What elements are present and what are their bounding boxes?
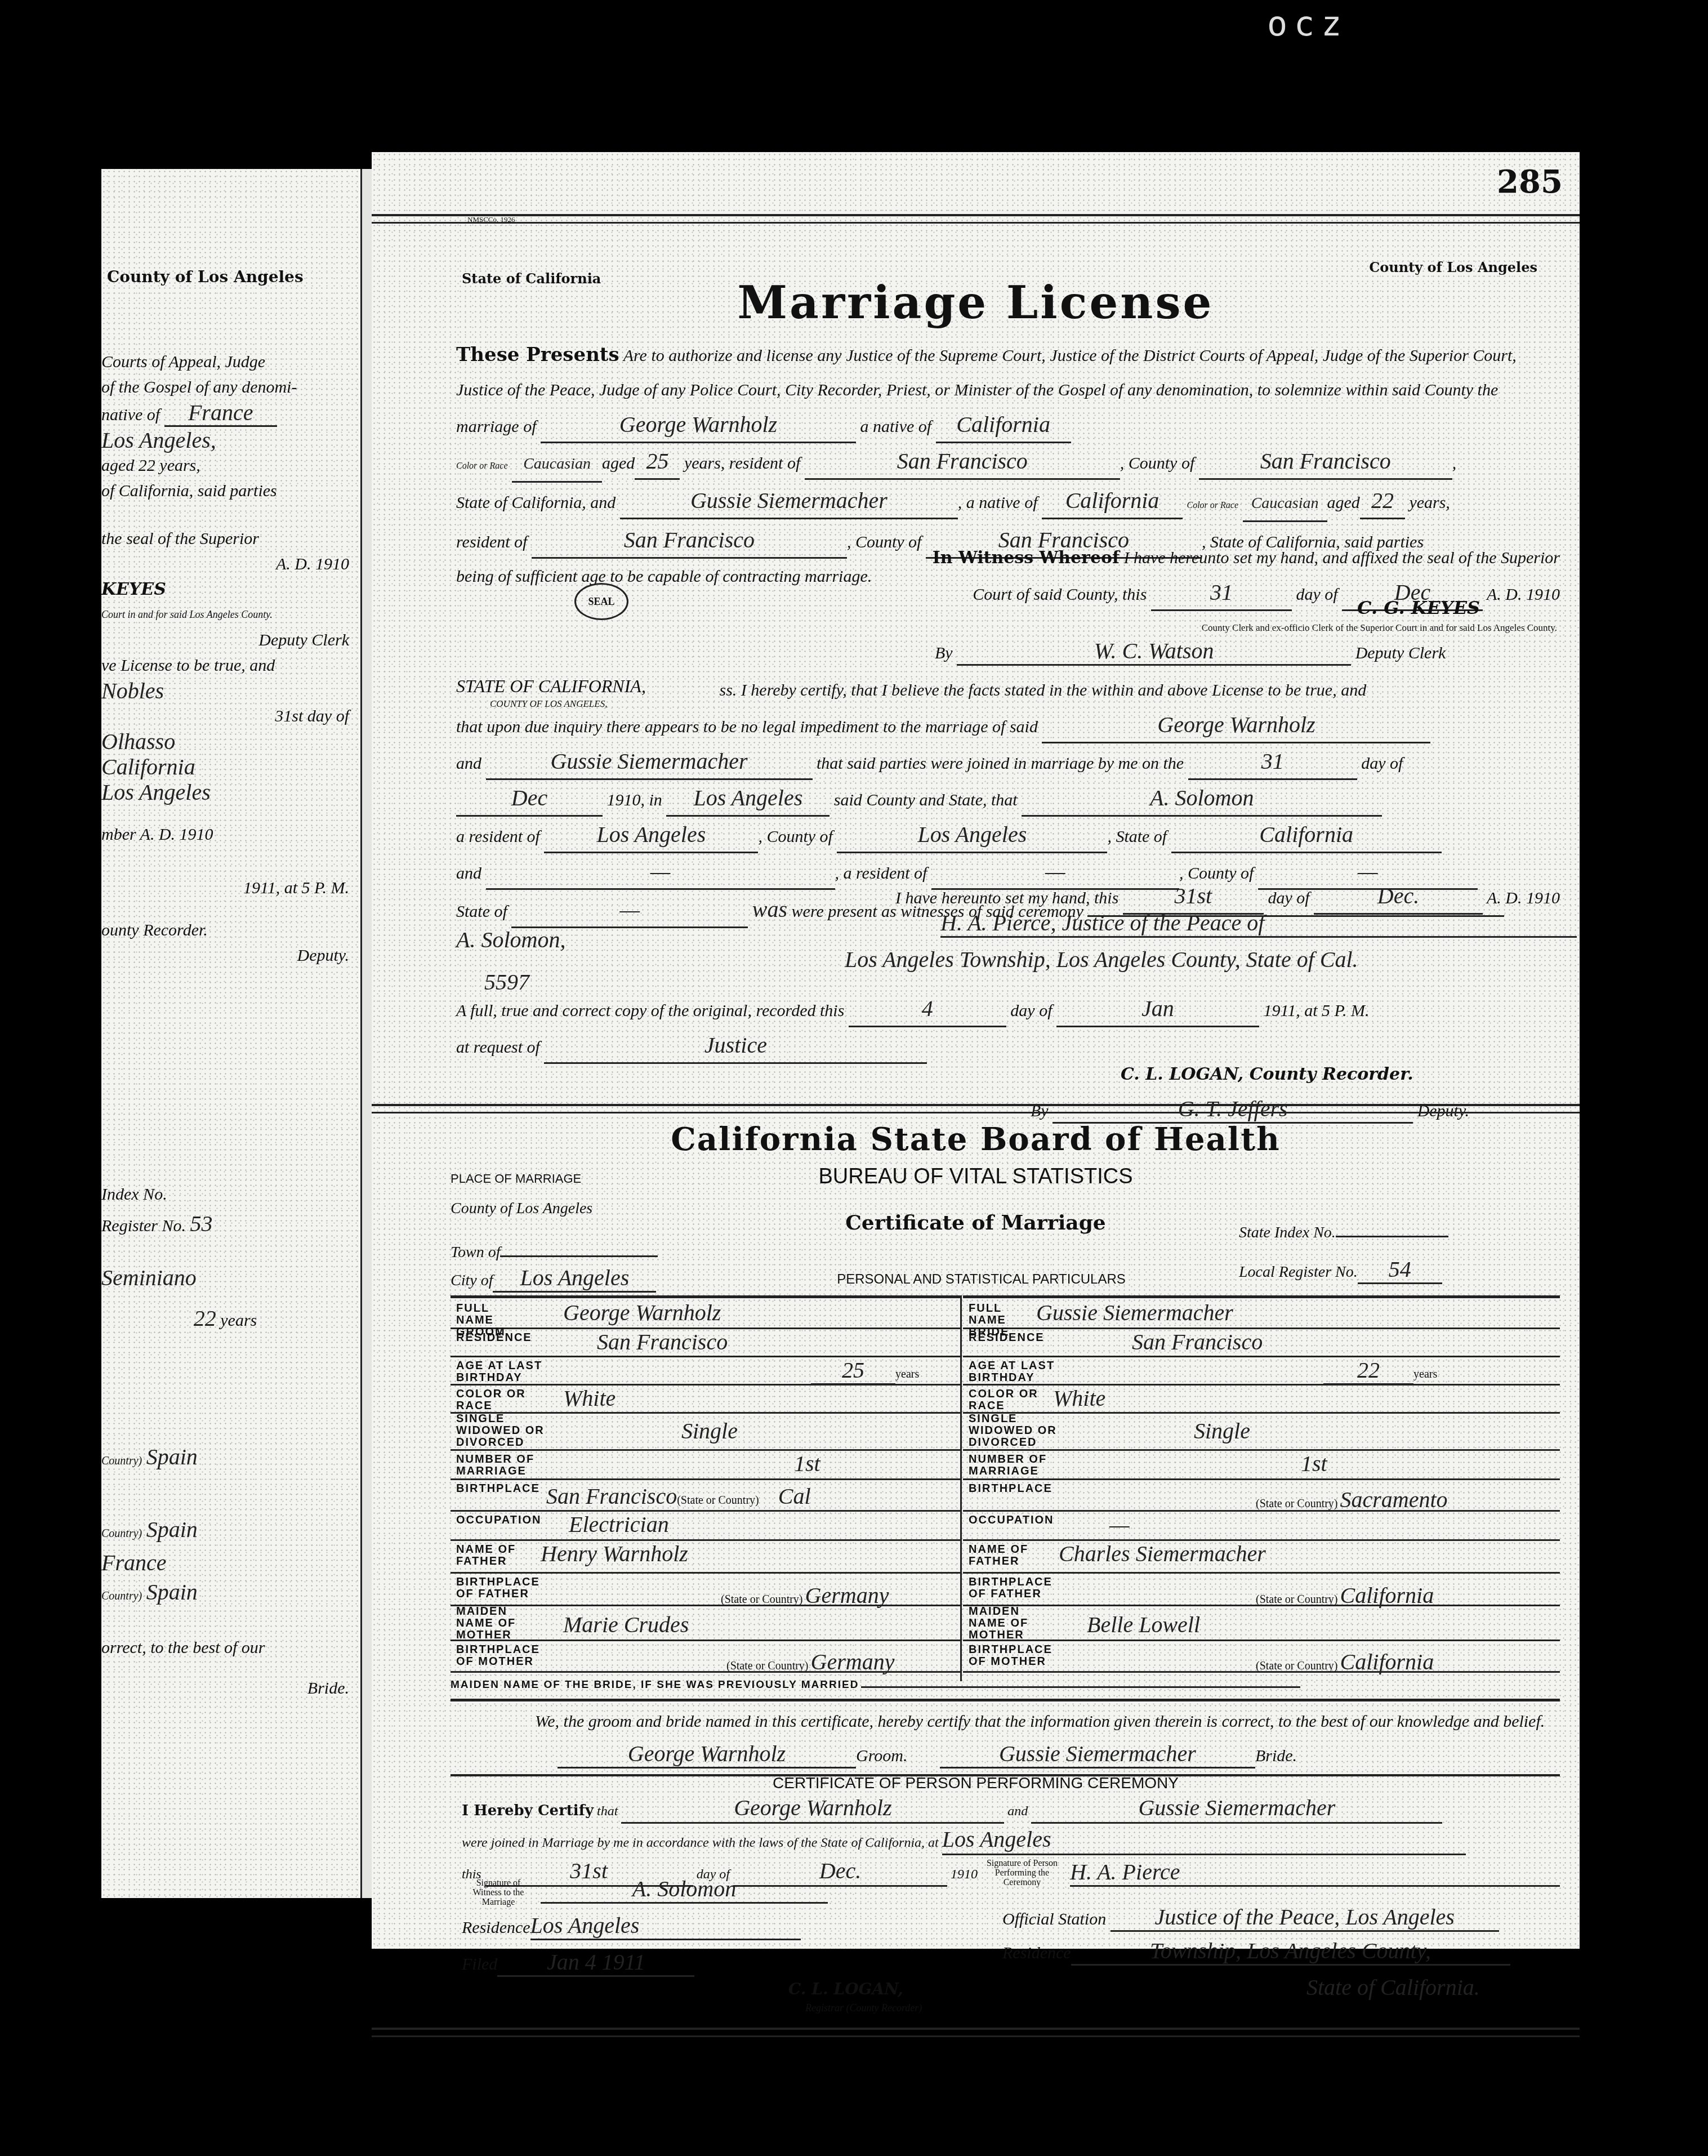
license-title: Marriage License bbox=[372, 276, 1580, 329]
maiden-name-row: MAIDEN NAME OF THE BRIDE, IF SHE WAS PRE… bbox=[451, 1673, 1560, 1701]
town-line: Town of bbox=[451, 1231, 658, 1262]
officiant-signature-2: Los Angeles Township, Los Angeles County… bbox=[845, 946, 1358, 973]
left-fragment-text: Courts of Appeal, Judge of the Gospel of… bbox=[101, 349, 349, 968]
performer-residence-2: State of California. bbox=[1306, 1974, 1480, 2001]
witness-signature: A. Solomon, bbox=[456, 926, 565, 953]
clerk-name: C. G. KEYES bbox=[1357, 597, 1480, 618]
particulars-title: PERSONAL AND STATISTICAL PARTICULARS bbox=[372, 1272, 1580, 1288]
performer-sig: H. A. Pierce bbox=[1070, 1859, 1560, 1887]
county-header: County of Los Angeles bbox=[1369, 259, 1537, 275]
bride-column: FULL NAME BRIDEGussie Siemermacher RESID… bbox=[963, 1295, 1560, 1681]
printer-imprint: NMSCCo. 1926 bbox=[467, 215, 515, 224]
affidavit: We, the groom and bride named in this ce… bbox=[451, 1707, 1560, 1737]
performer-residence: ResidenceTownship, Los Angeles County, bbox=[1002, 1937, 1510, 1966]
witness-sig-label: Signature of Witness to the Marriage bbox=[462, 1878, 535, 1907]
groom-column: FULL NAME GROOMGeorge Warnholz RESIDENCE… bbox=[451, 1295, 962, 1681]
left-page-fragment: County of Los Angeles Courts of Appeal, … bbox=[101, 169, 360, 1898]
scan-stamp: ocz bbox=[1267, 5, 1348, 44]
official-station: Official Station Justice of the Peace, L… bbox=[1002, 1904, 1499, 1932]
left-fragment-health: Index No. Register No. 53 Seminiano 22 y… bbox=[101, 1180, 349, 1703]
county-recorder: C. L. LOGAN, County Recorder. bbox=[1121, 1064, 1413, 1084]
page-number: 285 bbox=[1497, 163, 1563, 201]
registrar-name: C. L. LOGAN, bbox=[788, 1980, 903, 1998]
performer-title: CERTIFICATE OF PERSON PERFORMING CEREMON… bbox=[372, 1774, 1580, 1792]
recorded-line: A full, true and correct copy of the ori… bbox=[456, 991, 1560, 1064]
registrar-title: Registrar (County Recorder) bbox=[805, 2002, 922, 2014]
seal-icon: SEAL bbox=[574, 583, 628, 620]
officiant-signature: H. A. Pierce, Justice of the Peace of bbox=[940, 910, 1577, 938]
left-county-header: County of Los Angeles bbox=[107, 268, 304, 286]
filed-line: FiledJan 4 1911 bbox=[462, 1949, 694, 1977]
witness-residence: ResidenceLos Angeles bbox=[462, 1912, 801, 1940]
right-page: 285 NMSCCo. 1926 State of California Cou… bbox=[372, 152, 1580, 1949]
clerk-title: County Clerk and ex-officio Clerk of the… bbox=[1202, 622, 1557, 634]
deputy-clerk-line: By W. C. Watson Deputy Clerk bbox=[935, 638, 1560, 666]
bureau-title: BUREAU OF VITAL STATISTICS bbox=[372, 1165, 1580, 1189]
affidavit-signatures: George WarnholzGroom. Gussie Siemermache… bbox=[558, 1740, 1560, 1769]
witness-sig: A. Solomon bbox=[541, 1876, 828, 1904]
performer-sig-label: Signature of Person Performing the Cerem… bbox=[980, 1859, 1064, 1887]
board-title: California State Board of Health bbox=[372, 1121, 1580, 1158]
